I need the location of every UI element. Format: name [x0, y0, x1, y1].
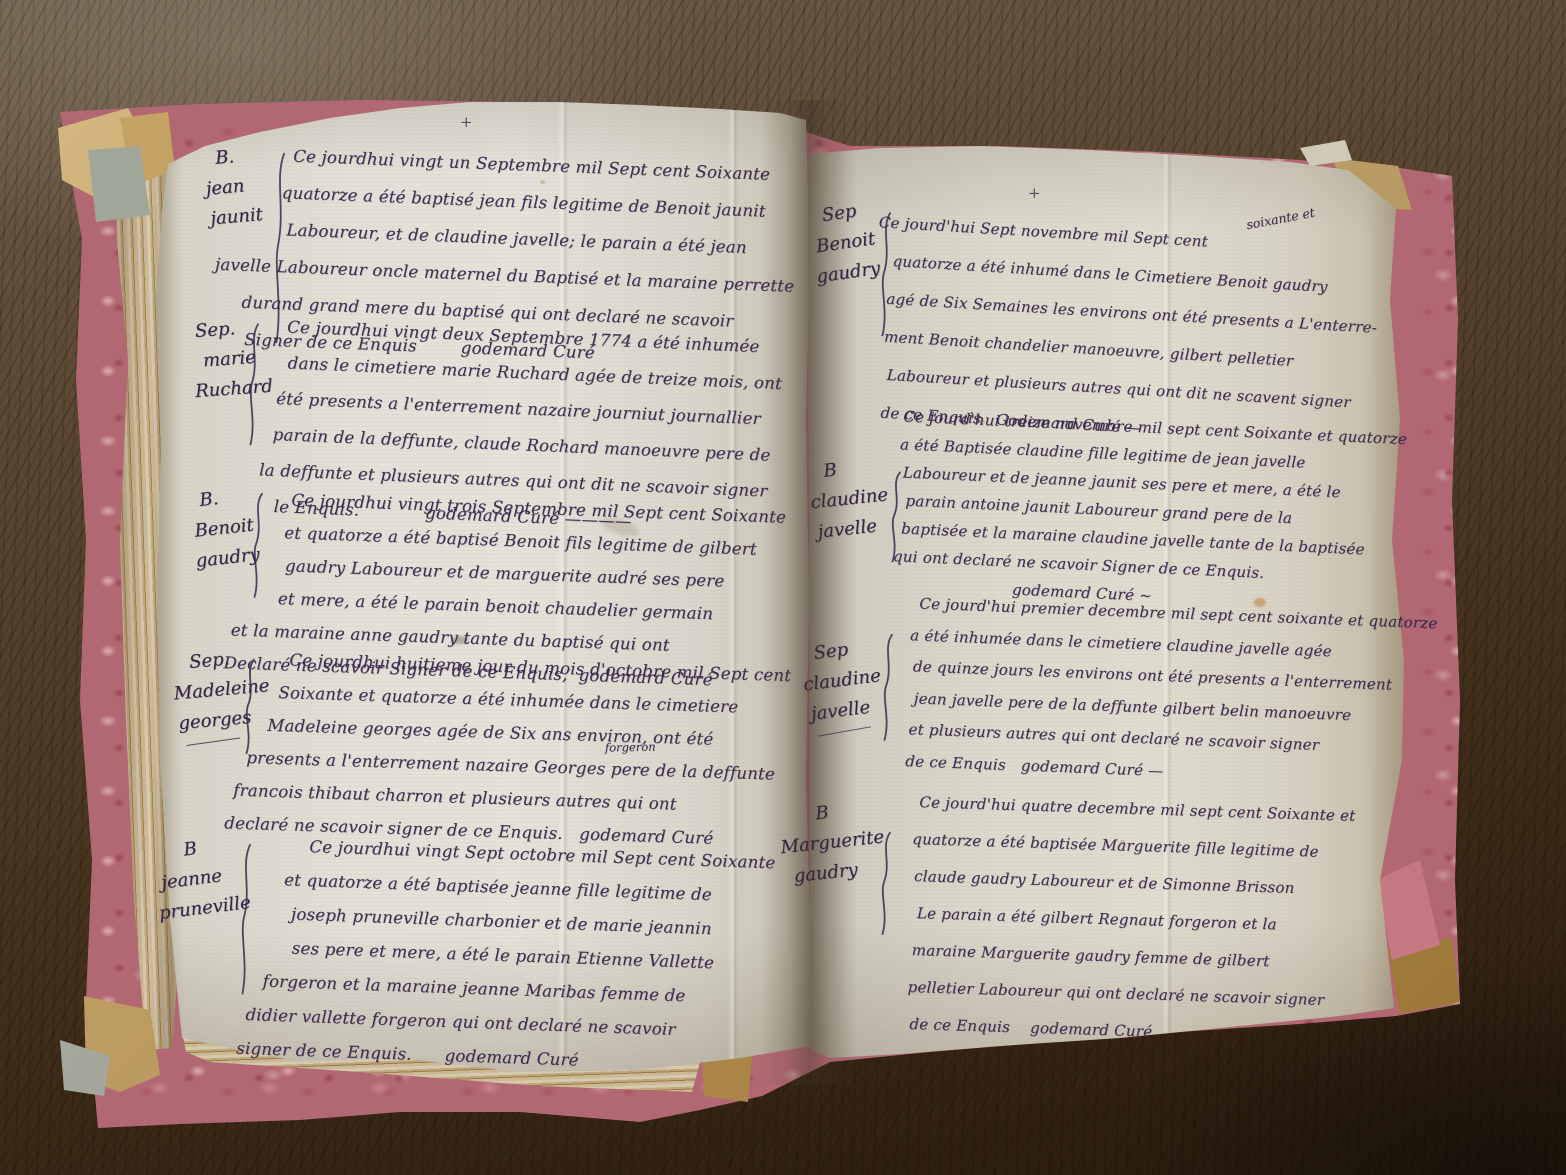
brace-flourish	[248, 491, 266, 601]
interlinear-insertion: forgeron	[605, 740, 656, 755]
right-page-text: + Sep Benoit gaudry Ce jourd'hui Sept no…	[806, 140, 1406, 1065]
margin-line: B.	[214, 140, 259, 174]
margin-line: javelle	[816, 510, 892, 548]
entry-margin-label: B Marguerite gaudry	[790, 793, 889, 892]
cross-mark: +	[460, 113, 473, 131]
margin-line: jaunit	[209, 200, 264, 234]
entry-margin-label: B. jean jaunit	[202, 140, 264, 234]
brace-flourish	[236, 841, 254, 999]
register-entry: Ce jourd'hui treize novembre mil sept ce…	[885, 402, 1407, 621]
brace-flourish	[876, 830, 894, 938]
register-entry: Ce jourdhui huitieme jour du mois d'octo…	[272, 643, 792, 857]
cross-mark: +	[1028, 184, 1041, 202]
entry-margin-label: Sep. Madeleine georges	[178, 641, 274, 744]
photograph-open-parish-register: + B. jean jaunit Ce jourdhui vingt un Se…	[0, 0, 1566, 1175]
brace-flourish	[878, 632, 896, 744]
entry-margin-label: Sep Benoit gaudry	[816, 194, 882, 291]
register-entry: Ce jourd'hui quatre decembre mil sept ce…	[906, 784, 1356, 1057]
entry-margin-label: Sep claudine javelle	[806, 632, 887, 736]
register-entry: Ce jourdhui vingt Sept octobre mil Sept …	[270, 829, 776, 1084]
brace-flourish	[244, 321, 262, 449]
left-page-text: + B. jean jaunit Ce jourdhui vingt un Se…	[150, 95, 812, 1080]
register-entry: Ce jourd'hui premier decembre mil sept c…	[899, 588, 1438, 797]
margin-line: jean	[205, 170, 262, 205]
margin-underline	[186, 738, 240, 747]
entry-margin-label: B claudine javelle	[812, 451, 893, 548]
